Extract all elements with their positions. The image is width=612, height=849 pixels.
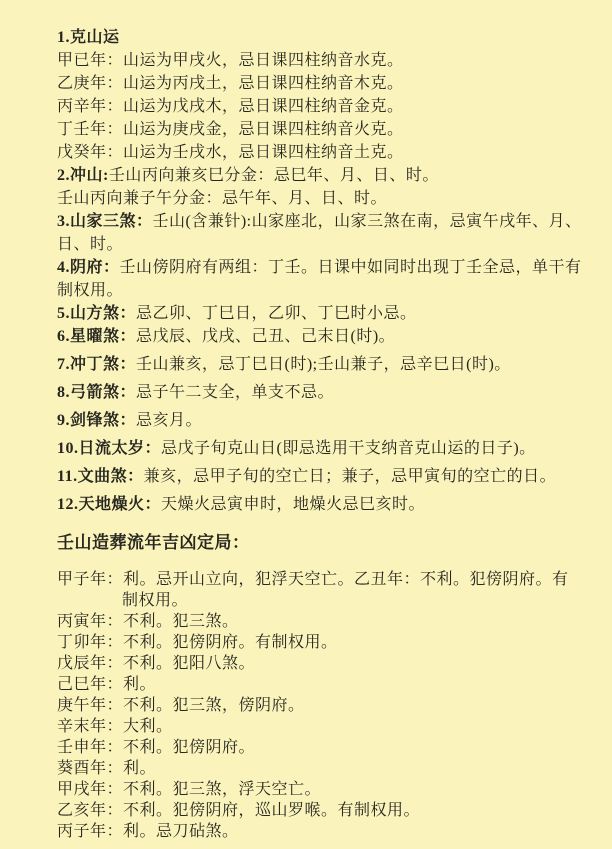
- year-verdict-text: 利。: [123, 676, 156, 693]
- rule-paragraph: 壬山丙向兼子午分金：忌午年、月、日、时。: [57, 187, 582, 210]
- rule-label: 11.文曲煞：: [57, 468, 144, 485]
- rule-paragraph: 丁壬年：山运为庚戌金，忌日课四柱纳音火克。: [57, 118, 582, 141]
- rule-text: 忌亥月。: [136, 412, 202, 429]
- rule-text: 乙庚年：山运为丙戌土，忌日课四柱纳音木克。: [57, 75, 404, 92]
- rule-text: 甲已年：山运为甲戌火，忌日课四柱纳音水克。: [57, 52, 404, 69]
- year-row: 己巳年：利。: [57, 674, 582, 695]
- rule-label: 10.日流太岁：: [57, 440, 161, 457]
- rule-label: 1.克山运: [57, 29, 120, 46]
- year-label: 己巳年：: [57, 676, 123, 693]
- rule-label: 6.星曜煞：: [57, 328, 136, 345]
- rule-label: 9.剑锋煞：: [57, 412, 136, 429]
- rule-label: 12.天地燥火：: [57, 496, 161, 513]
- year-verdict-text: 大利。: [123, 718, 173, 735]
- rule-paragraph: 7.冲丁煞：壬山兼亥，忌丁巳日(时);壬山兼子，忌辛巳日(时)。: [57, 353, 582, 376]
- numbered-rules-list: 1.克山运 甲已年：山运为甲戌火，忌日课四柱纳音水克。 乙庚年：山运为丙戌土，忌…: [57, 26, 582, 516]
- rule-paragraph: 2.冲山:壬山丙向兼亥巳分金：忌巳年、月、日、时。: [57, 164, 582, 187]
- rule-label: 7.冲丁煞：: [57, 356, 136, 373]
- year-label: 丁卯年：: [57, 634, 123, 651]
- year-verdict-text: 不利。犯三煞，傍阴府。: [123, 697, 305, 714]
- year-label: 葵酉年：: [57, 760, 123, 777]
- year-row: 辛末年：大利。: [57, 716, 582, 737]
- rule-label: 8.弓箭煞：: [57, 384, 136, 401]
- rule-paragraph: 甲已年：山运为甲戌火，忌日课四柱纳音水克。: [57, 49, 582, 72]
- rule-text: 丙辛年：山运为戊戌木，忌日课四柱纳音金克。: [57, 98, 404, 115]
- rule-text: 戊癸年：山运为壬戌水，忌日课四柱纳音土克。: [57, 144, 404, 161]
- document-page: 1.克山运 甲已年：山运为甲戌火，忌日课四柱纳音水克。 乙庚年：山运为丙戌土，忌…: [0, 0, 612, 849]
- rule-paragraph: 12.天地燥火：天燥火忌寅申时，地燥火忌巳亥时。: [57, 493, 582, 516]
- year-row: 乙亥年：不利。犯傍阴府，巡山罗喉。有制权用。: [57, 800, 582, 821]
- year-row: 甲子年：利。忌开山立向，犯浮天空亡。乙丑年：不利。犯傍阴府。有制权用。: [57, 569, 582, 611]
- rule-label: 2.冲山:: [57, 167, 109, 184]
- year-verdict-text: 利。忌开山立向，犯浮天空亡。乙丑年：不利。犯傍阴府。有制权用。: [122, 571, 569, 609]
- rule-text: 壬山兼亥，忌丁巳日(时);壬山兼子，忌辛巳日(时)。: [136, 356, 511, 373]
- rule-text: 忌乙卯、丁巳日，乙卯、丁巳时小忌。: [136, 305, 417, 322]
- rule-paragraph: 6.星曜煞：忌戊辰、戊戌、己丑、己末日(时)。: [57, 325, 582, 348]
- year-row: 壬申年：不利。犯傍阴府。: [57, 737, 582, 758]
- year-row: 戊辰年：不利。犯阳八煞。: [57, 653, 582, 674]
- rule-label: 4.阴府：: [57, 259, 120, 276]
- year-row: 丙子年：利。忌刀砧煞。: [57, 821, 582, 842]
- rule-text: 兼亥，忌甲子旬的空亡日；兼子，忌甲寅旬的空亡的日。: [144, 468, 557, 485]
- rule-text: 丁壬年：山运为庚戌金，忌日课四柱纳音火克。: [57, 121, 404, 138]
- year-verdict-text: 不利。犯阳八煞。: [123, 655, 255, 672]
- rule-paragraph: 10.日流太岁：忌戊子旬克山日(即忌选用干支纳音克山运的日子)。: [57, 437, 582, 460]
- year-row: 葵酉年：利。: [57, 758, 582, 779]
- year-label: 甲子年：: [57, 571, 123, 588]
- year-verdict-text: 不利。犯三煞，浮天空亡。: [123, 781, 321, 798]
- rule-paragraph: 1.克山运: [57, 26, 582, 49]
- rule-text: 忌子午二支全，单支不忌。: [136, 384, 334, 401]
- fortune-section-heading: 壬山造葬流年吉凶定局：: [57, 531, 582, 555]
- rule-text: 壬山丙向兼子午分金：忌午年、月、日、时。: [57, 190, 387, 207]
- rule-paragraph: 乙庚年：山运为丙戌土，忌日课四柱纳音木克。: [57, 72, 582, 95]
- rule-text: 天燥火忌寅申时，地燥火忌巳亥时。: [161, 496, 425, 513]
- year-label: 乙亥年：: [57, 802, 123, 819]
- year-verdict-text: 不利。犯傍阴府，巡山罗喉。有制权用。: [123, 802, 420, 819]
- year-label: 辛末年：: [57, 718, 123, 735]
- year-label: 甲戌年：: [57, 781, 123, 798]
- year-label: 丙子年：: [57, 823, 123, 840]
- rule-paragraph: 9.剑锋煞：忌亥月。: [57, 409, 582, 432]
- rule-text: 忌戊辰、戊戌、己丑、己末日(时)。: [136, 328, 395, 345]
- year-verdict-text: 不利。犯傍阴府。: [123, 739, 255, 756]
- year-verdict-text: 利。: [123, 760, 156, 777]
- year-label: 庚午年：: [57, 697, 123, 714]
- rule-paragraph: 8.弓箭煞：忌子午二支全，单支不忌。: [57, 381, 582, 404]
- year-row: 丙寅年：不利。犯三煞。: [57, 611, 582, 632]
- rule-paragraph: 3.山家三煞：壬山(含兼针):山家座北，山家三煞在南，忌寅午戌年、月、日、时。: [57, 210, 582, 256]
- year-row: 庚午年：不利。犯三煞，傍阴府。: [57, 695, 582, 716]
- rule-label: 3.山家三煞：: [57, 213, 153, 230]
- rule-paragraph: 丙辛年：山运为戊戌木，忌日课四柱纳音金克。: [57, 95, 582, 118]
- year-verdict-text: 利。忌刀砧煞。: [123, 823, 239, 840]
- year-row: 丁卯年：不利。犯傍阴府。有制权用。: [57, 632, 582, 653]
- rule-paragraph: 戊癸年：山运为壬戌水，忌日课四柱纳音土克。: [57, 141, 582, 164]
- year-row: 甲戌年：不利。犯三煞，浮天空亡。: [57, 779, 582, 800]
- rule-paragraph: 5.山方煞：忌乙卯、丁巳日，乙卯、丁巳时小忌。: [57, 302, 582, 325]
- year-label: 壬申年：: [57, 739, 123, 756]
- rule-paragraph: 4.阴府：壬山傍阴府有两组：丁壬。日课中如同时出现丁壬全忌，单干有制权用。: [57, 256, 582, 302]
- year-verdict-text: 不利。犯三煞。: [123, 613, 239, 630]
- rule-paragraph: 11.文曲煞：兼亥，忌甲子旬的空亡日；兼子，忌甲寅旬的空亡的日。: [57, 465, 582, 488]
- year-label: 丙寅年：: [57, 613, 123, 630]
- rule-text: 壬山丙向兼亥巳分金：忌巳年、月、日、时。: [109, 167, 439, 184]
- year-verdict-text: 不利。犯傍阴府。有制权用。: [123, 634, 338, 651]
- year-fortune-list: 甲子年：利。忌开山立向，犯浮天空亡。乙丑年：不利。犯傍阴府。有制权用。 丙寅年：…: [57, 569, 582, 842]
- rule-text: 壬山傍阴府有两组：丁壬。日课中如同时出现丁壬全忌，单干有制权用。: [57, 259, 582, 299]
- year-label: 戊辰年：: [57, 655, 123, 672]
- rule-text: 忌戊子旬克山日(即忌选用干支纳音克山运的日子)。: [161, 440, 536, 457]
- rule-label: 5.山方煞：: [57, 305, 136, 322]
